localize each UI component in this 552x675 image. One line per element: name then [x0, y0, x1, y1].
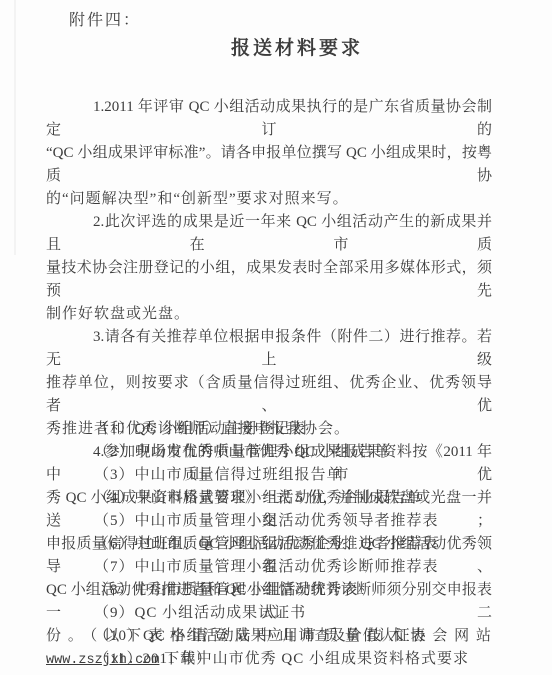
forms-list-item-11: （11）2011 年中山市优秀 QC 小组成果资料格式要求 [46, 648, 516, 671]
forms-list-item-8: （8）中山市质量管理小组情况统计表 [46, 579, 516, 602]
paragraph-1-line: 1.2011 年评审 QC 小组活动成果执行的是广东省质量协会制定订的 [46, 96, 492, 142]
paragraph-2-line: 2.此次评选的成果是近一年来 QC 小组活动产生的新成果并且在市质 [46, 211, 492, 257]
forms-list-item-7: （7）中山市质量管理小组活动优秀诊断师推荐表 [46, 556, 516, 579]
document-title: 报送材料要求 [21, 33, 552, 60]
forms-list-item-1: （1）QC 小组活动注册登记表 [46, 418, 516, 441]
forms-list-item-2: （2）中山市优秀质量管理小组成果报告单 [46, 441, 516, 464]
forms-list-item-5: （5）中山市质量管理小组活动优秀领导者推荐表 [46, 510, 516, 533]
forms-list-item-9: （9）QC 小组活动成果认证书 [46, 602, 516, 625]
forms-list-item-4: （4）中山市质量管理小组活动优秀企业报告单 [46, 487, 516, 510]
paragraph-3-line: 3.请各有关推荐单位根据申报条件（附件二）进行推荐。若无上级 [46, 326, 492, 372]
forms-list-item-6: （6）中山市质量管理小组活动优秀推进者推荐表 [46, 533, 516, 556]
forms-list-item-10: （10）QC 小组活动成果应用调查及价值认证表 [46, 625, 516, 648]
paragraph-3-line: 推荐单位，则按要求（含质量信得过班组、优秀企业、优秀领导者、优 [46, 372, 492, 418]
paragraph-1-line: “QC 小组成果评审标准”。请各申报单位撰写 QC 小组成果时，按粤质协 [46, 142, 492, 188]
forms-list-item-3: （3）中山市质量信得过班组报告单 [46, 464, 516, 487]
document-page: 附件四： 报送材料要求 1.2011 年评审 QC 小组活动成果执行的是广东省质… [0, 0, 552, 675]
attachment-forms-list: （1）QC 小组活动注册登记表 （2）中山市优秀质量管理小组成果报告单 （3）中… [46, 418, 516, 671]
attachment-label: 附件四： [69, 7, 141, 30]
paragraph-2-line: 量技术协会注册登记的小组，成果发表时全部采用多媒体形式，须预先 [46, 257, 492, 303]
paragraph-2-line: 制作好软盘或光盘。 [46, 303, 492, 326]
paragraph-1-line: 的“问题解决型”和“创新型”要求对照来写。 [46, 188, 492, 211]
